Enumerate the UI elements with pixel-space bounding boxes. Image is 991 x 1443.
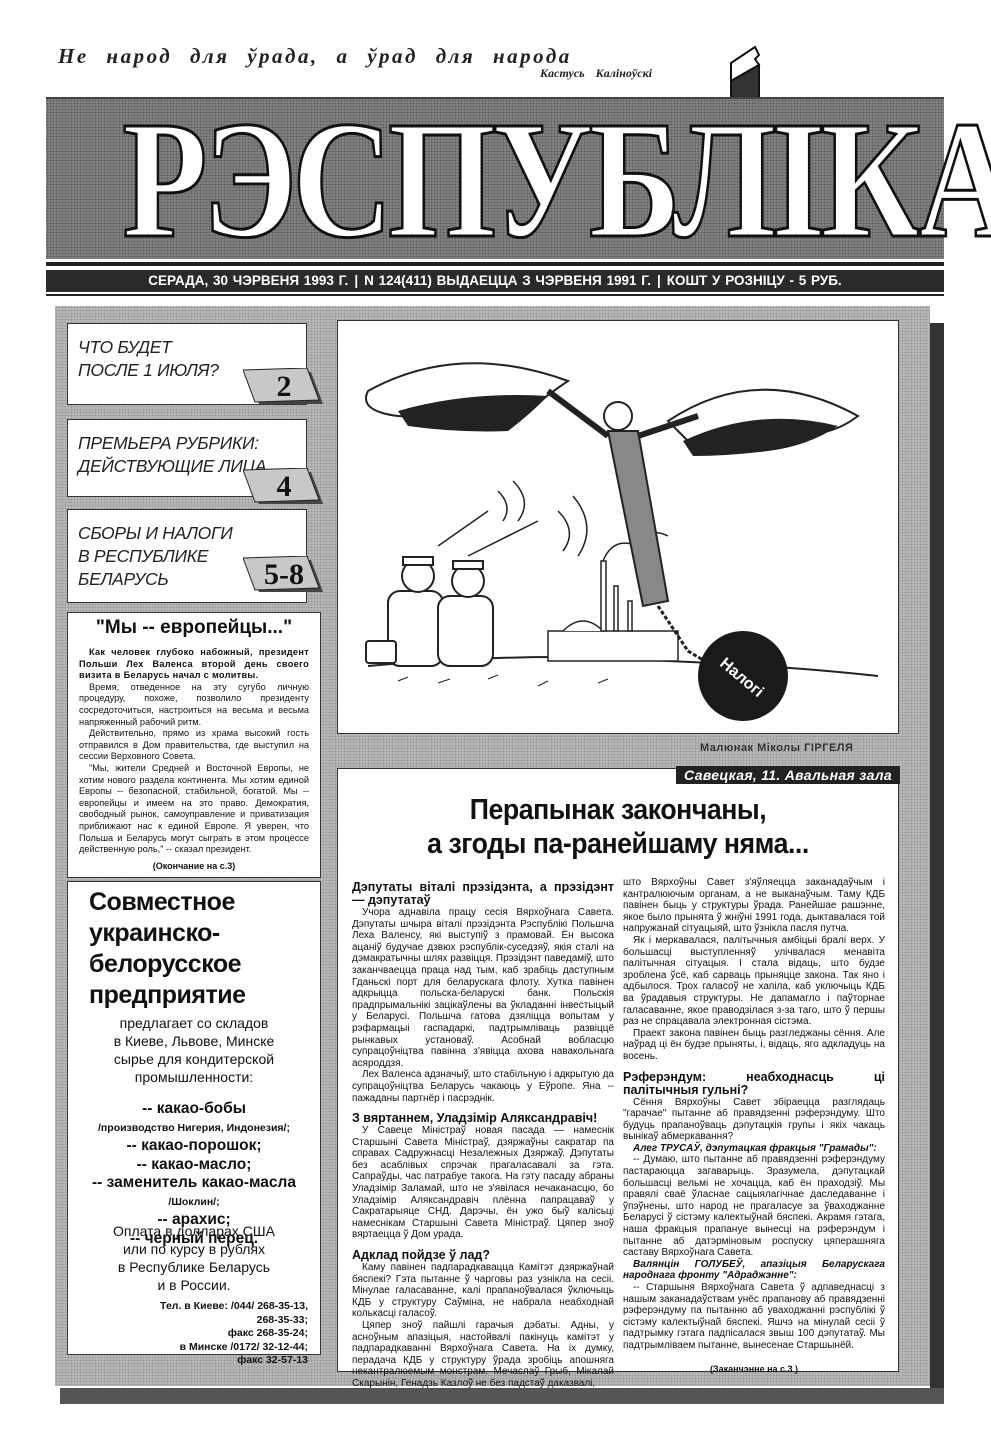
- speaker-name: Алег ТРУСАЎ, дэпутацкая фракцыя "Грамады…: [623, 1143, 885, 1155]
- phone-line: 268-35-33;: [160, 1314, 308, 1328]
- teaser-box-3[interactable]: СБОРЫ И НАЛОГИ В РЕСПУБЛИКЕ БЕЛАРУСЬ 5-8: [67, 509, 307, 603]
- paragraph: Як і меркавалася, палітычныя амбіцыі бра…: [623, 935, 885, 1028]
- paragraph: Цяпер зноў пайшлі гарачыя дэбаты. Адны, …: [352, 1320, 614, 1390]
- page-number: 2: [243, 370, 325, 404]
- product-item: -- какао-масло;: [68, 1156, 320, 1175]
- article-body: Как человек глубоко набожный, президент …: [79, 647, 309, 856]
- issue-date: СЕРАДА, 30 ЧЭРВЕНЯ 1993 Г.: [148, 273, 348, 288]
- page-tag: 4: [243, 468, 325, 506]
- separator: |: [657, 273, 661, 288]
- ad-contacts: Тел. в Киеве: /044/ 268-35-13, 268-35-33…: [160, 1300, 308, 1368]
- cartoon-credit: Малюнак Міколы ГІРГЕЛЯ: [700, 742, 853, 754]
- ad-subtitle: предлагает со складов в Киеве, Львове, М…: [68, 1014, 320, 1086]
- main-article: Савецкая, 11. Авальная зала Перапынак за…: [337, 768, 899, 1372]
- separator: |: [354, 273, 358, 288]
- teaser-box-2[interactable]: ПРЕМЬЕРА РУБРИКИ: ДЕЙСТВУЮЩИЕ ЛИЦА 4: [67, 419, 307, 497]
- page-tag: 2: [243, 368, 325, 406]
- paragraph: -- Старшыня Вярхоўнага Савета ў адпаведн…: [623, 1282, 885, 1352]
- page-number: 4: [243, 470, 325, 504]
- subheading: Рэферэндум: неабходнасць ці палітычныя г…: [623, 1071, 885, 1097]
- paragraph: Действительно, прямо из храма высокий го…: [79, 728, 309, 763]
- paragraph: Сёння Вярхоўны Савет збіраецца разглядац…: [623, 1097, 885, 1143]
- subheading: Дэпутаты віталі прэзідэнта, а прэзідэнт …: [352, 881, 614, 907]
- continued-note[interactable]: (Окончание на с.3): [68, 861, 320, 871]
- product-note: /производство Нигерия, Индонезия/;: [68, 1119, 320, 1138]
- article-lead: Как человек глубоко набожный, президент …: [79, 647, 309, 682]
- paragraph: "Мы, жители Средней и Восточной Европы, …: [79, 763, 309, 856]
- phone-line: Тел. в Киеве: /044/ 268-35-13,: [160, 1300, 308, 1314]
- masthead-rule: [46, 262, 944, 266]
- page-number: 5-8: [243, 558, 325, 592]
- paragraph: Праект закона павінен быць разгледжаны с…: [623, 1028, 885, 1063]
- paragraph: Учора аднавіла працу сесія Вярхоўнага Са…: [352, 907, 614, 1069]
- article-column-left: Дэпутаты віталі прэзідэнта, а прэзідэнт …: [352, 881, 614, 1390]
- teaser-text: СБОРЫ И НАЛОГИ В РЕСПУБЛИКЕ БЕЛАРУСЬ: [78, 522, 232, 591]
- page-shadow-bottom: [60, 1388, 944, 1404]
- europeans-article: "Мы -- европейцы..." Как человек глубоко…: [67, 612, 321, 878]
- paragraph: што Вярхоўны Савет з'яўляецца заканадаўч…: [623, 877, 885, 935]
- paragraph: Лех Валенса адзначыў, што стабільную і а…: [352, 1069, 614, 1104]
- teaser-text: ЧТО БУДЕТ ПОСЛЕ 1 ИЮЛЯ?: [78, 336, 219, 382]
- paragraph: Время, отведенное на эту сугубо личную п…: [79, 682, 309, 728]
- page-shadow-right: [930, 323, 944, 1403]
- paragraph: Каму павінен падпарадкавацца Камітэт дзя…: [352, 1262, 614, 1320]
- paragraph: -- Думаю, што пытанне аб правядзенні рэф…: [623, 1154, 885, 1258]
- subheading: Адклад пойдзе ў лад?: [352, 1249, 614, 1262]
- rubric-label: Савецкая, 11. Авальная зала: [676, 766, 900, 784]
- product-item: -- заменитель какао-масла: [68, 1174, 320, 1193]
- phone-line: факс 32-57-13: [160, 1354, 308, 1368]
- paragraph: У Савеце Міністраў новая пасада — намесн…: [352, 1125, 614, 1241]
- article-headline: Перапынак закончаны, а згоды па-ранейшам…: [360, 793, 875, 861]
- advertisement: Совместное украинско- белорусское предпр…: [67, 881, 321, 1355]
- cartoon-illustration: Налогі: [337, 320, 899, 734]
- subheading: З вяртаннем, Уладзімір Аляксандравіч!: [352, 1112, 614, 1125]
- dateline-rule: [46, 294, 944, 296]
- issue-price: КОШТ У РОЗНІЦУ - 5 РУБ.: [667, 273, 842, 288]
- masthead-motto: Не народ для ўрада, а ўрад для народа: [58, 44, 572, 69]
- phone-line: в Минске /0172/ 32-12-44;: [160, 1341, 308, 1355]
- teaser-box-1[interactable]: ЧТО БУДЕТ ПОСЛЕ 1 ИЮЛЯ? 2: [67, 323, 307, 405]
- page-tag: 5-8: [243, 556, 325, 594]
- newspaper-title: РЭСПУБЛІКА: [122, 100, 867, 260]
- ad-title: Совместное украинско- белорусское предпр…: [89, 887, 246, 1011]
- article-column-right: што Вярхоўны Савет з'яўляецца заканадаўч…: [623, 877, 885, 1375]
- product-item: -- какао-бобы: [68, 1100, 320, 1119]
- teaser-text: ПРЕМЬЕРА РУБРИКИ: ДЕЙСТВУЮЩИЕ ЛИЦА: [78, 432, 266, 478]
- dateline-bar: СЕРАДА, 30 ЧЭРВЕНЯ 1993 Г.|N 124(411) ВЫ…: [46, 270, 944, 292]
- cartoon-drawing: Налогі: [338, 321, 898, 733]
- ad-payment-terms: Оплата в долларах США или по курсу в руб…: [68, 1222, 320, 1294]
- product-note: /Шоклин/;: [68, 1193, 320, 1212]
- continued-note[interactable]: (Заканчэнне на с.3 ): [623, 1364, 885, 1376]
- issue-number: N 124(411) ВЫДАЕЦЦА З ЧЭРВЕНЯ 1991 Г.: [364, 273, 651, 288]
- motto-author: Кастусь Каліноўскі: [540, 66, 652, 81]
- article-title: "Мы -- европейцы...": [68, 617, 320, 639]
- speaker-name: Валянцін ГОЛУБЕЎ, апазіцыя Беларускага н…: [623, 1259, 885, 1282]
- product-item: -- какао-порошок;: [68, 1137, 320, 1156]
- phone-line: факс 268-35-24;: [160, 1327, 308, 1341]
